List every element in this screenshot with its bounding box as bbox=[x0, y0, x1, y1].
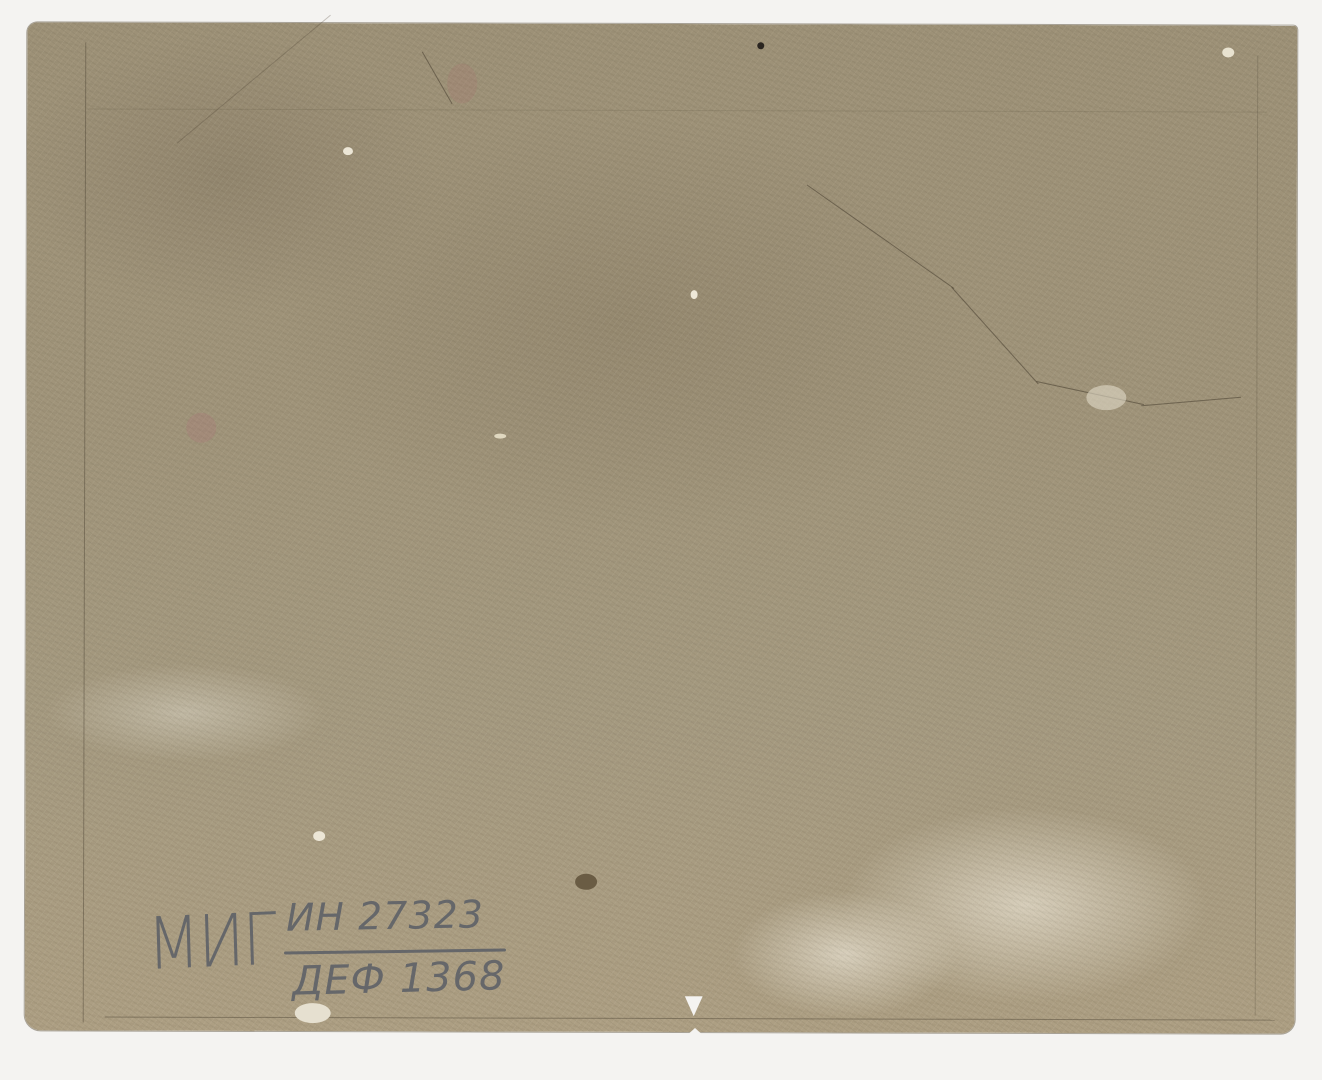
fold-line-left bbox=[83, 42, 87, 1022]
speck bbox=[343, 147, 353, 155]
fund-number: ДЕФ 1368 bbox=[291, 953, 506, 1005]
speck bbox=[757, 42, 764, 49]
stain bbox=[1086, 385, 1126, 410]
crack bbox=[807, 184, 955, 288]
inventory-number: ИН 27323 bbox=[286, 892, 485, 939]
fold-line-right bbox=[1255, 56, 1259, 1016]
fold-line-bottom bbox=[105, 1017, 1275, 1021]
stain bbox=[186, 413, 216, 443]
crack bbox=[1141, 397, 1241, 406]
card-reverse bbox=[25, 22, 1298, 1033]
speck bbox=[295, 1003, 331, 1023]
fold-line-top bbox=[87, 108, 1267, 112]
speck bbox=[313, 831, 325, 841]
speck bbox=[691, 290, 698, 299]
speck bbox=[494, 434, 506, 439]
stain bbox=[447, 63, 477, 103]
speck bbox=[1222, 47, 1234, 57]
speck bbox=[575, 874, 597, 890]
crack bbox=[951, 287, 1038, 385]
punched-hole bbox=[685, 996, 703, 1016]
crack bbox=[177, 15, 331, 144]
inscription-prefix: МИГ bbox=[146, 897, 276, 986]
